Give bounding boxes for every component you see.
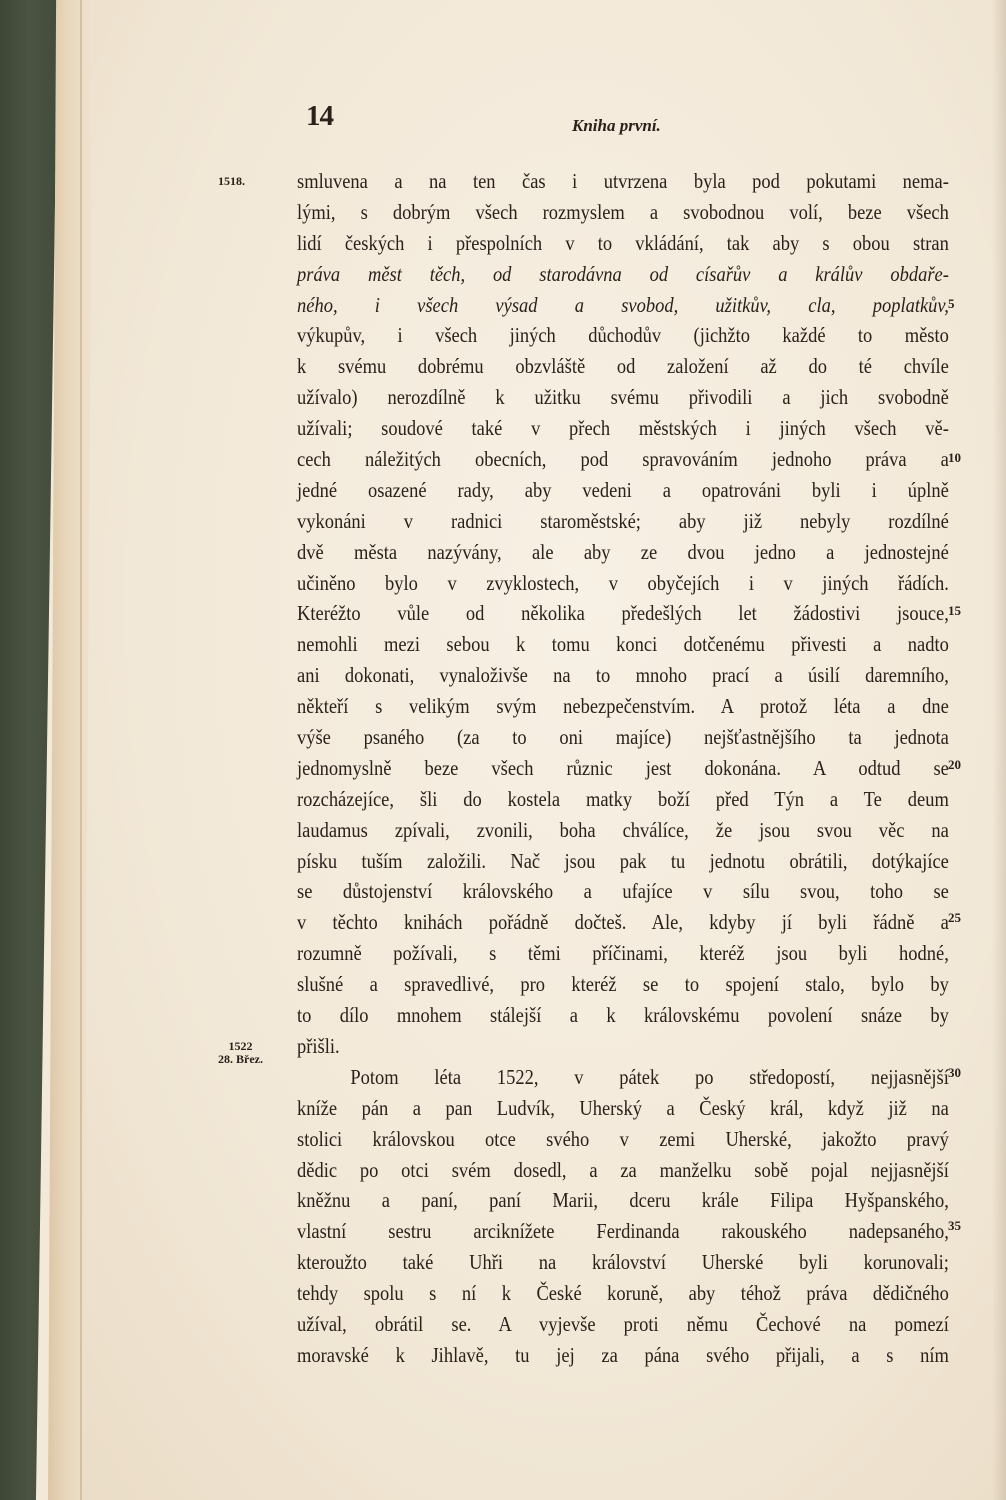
text-line: rozumně požívali, s těmi příčinami, kter… (297, 938, 949, 969)
text-line: nemohli mezi sebou k tomu konci dotčeném… (297, 629, 949, 660)
text-line: se důstojenství královského a ufajíce v … (297, 876, 949, 907)
line-number-30: 30 (948, 1065, 961, 1081)
text-line: užívalo) nerozdílně k užitku svému přivo… (297, 382, 949, 413)
text-line: písku tuším založili. Nač jsou pak tu je… (297, 846, 949, 877)
text-line: lidí českých i přespolních v to vkládání… (297, 228, 949, 259)
text-line: učiněno bylo v zvyklostech, v obyčejích … (297, 568, 949, 599)
text-line: smluvena a na ten čas i utvrzena byla po… (297, 166, 949, 197)
text-line: přišli. (297, 1031, 949, 1062)
margin-note-date-1522: 1522 28. Břez. (218, 1040, 263, 1066)
text-line: stolici královskou otce svého v zemi Uhe… (297, 1124, 949, 1155)
text-line: slušné a spravedlivé, pro kteréž se to s… (297, 969, 949, 1000)
text-line: tehdy spolu s ní k České koruně, aby téh… (297, 1278, 949, 1309)
line-number-35: 35 (948, 1218, 961, 1234)
line-number-10: 10 (948, 450, 961, 466)
running-head: Kniha první. (572, 116, 661, 136)
text-line: ného, i všech výsad a svobod, užitkův, c… (297, 290, 949, 321)
text-line: jedné osazené rady, aby vedeni a opatrov… (297, 475, 949, 506)
text-line: ani dokonati, vynaloživše na to mnoho pr… (297, 660, 949, 691)
text-line: Kteréžto vůle od několika předešlých let… (297, 598, 949, 629)
text-line: jednomyslně beze všech různic jest dokon… (297, 753, 949, 784)
text-line: práva měst těch, od starodávna od císařů… (297, 259, 949, 290)
text-line: někteří s velikým svým nebezpečenstvím. … (297, 691, 949, 722)
text-line: užíval, obrátil se. A vyjevše proti němu… (297, 1309, 949, 1340)
text-line: dvě města nazývány, ale aby ze dvou jedn… (297, 537, 949, 568)
text-line: lými, s dobrým všech rozmyslem a svobodn… (297, 197, 949, 228)
text-line: kníže pán a pan Ludvík, Uherský a Český … (297, 1093, 949, 1124)
text-line: cech náležitých obecních, pod spravování… (297, 444, 949, 475)
line-number-25: 25 (948, 910, 961, 926)
line-number-5: 5 (948, 296, 955, 312)
text-line: kněžnu a paní, paní Marii, dceru krále F… (297, 1185, 949, 1216)
text-line: v těchto knihách pořádně dočteš. Ale, kd… (297, 907, 949, 938)
text-line: to dílo mnohem stálejší a k královskému … (297, 1000, 949, 1031)
text-line: vykonáni v radnici staroměstské; aby již… (297, 506, 949, 537)
text-line: rozcházejíce, šli do kostela matky boží … (297, 784, 949, 815)
text-line: Potom léta 1522, v pátek po středopostí,… (297, 1062, 949, 1093)
body-text: smluvena a na ten čas i utvrzena byla po… (297, 166, 949, 1371)
text-line: užívali; soudové také v přech městských … (297, 413, 949, 444)
text-line: moravské k Jihlavě, tu jej za pána svého… (297, 1340, 949, 1371)
gutter-crease (80, 0, 82, 1500)
line-number-20: 20 (948, 757, 961, 773)
page-number: 14 (306, 100, 333, 133)
text-line: laudamus zpívali, zvonili, boha chválíce… (297, 815, 949, 846)
line-number-15: 15 (948, 603, 961, 619)
text-line: výše psaného (za to oni majíce) nejšťast… (297, 722, 949, 753)
text-line: výkupův, i všech jiných důchodův (jichžt… (297, 320, 949, 351)
text-line: vlastní sestru arciknížete Ferdinanda ra… (297, 1216, 949, 1247)
text-line: dědic po otci svém dosedl, a za manželku… (297, 1155, 949, 1186)
page-edge-shadow (992, 0, 1006, 1500)
text-line: k svému dobrému obzvláště od založení až… (297, 351, 949, 382)
text-line: kteroužto také Uhři na království Uhersk… (297, 1247, 949, 1278)
margin-note-year-1518: 1518. (218, 175, 245, 188)
